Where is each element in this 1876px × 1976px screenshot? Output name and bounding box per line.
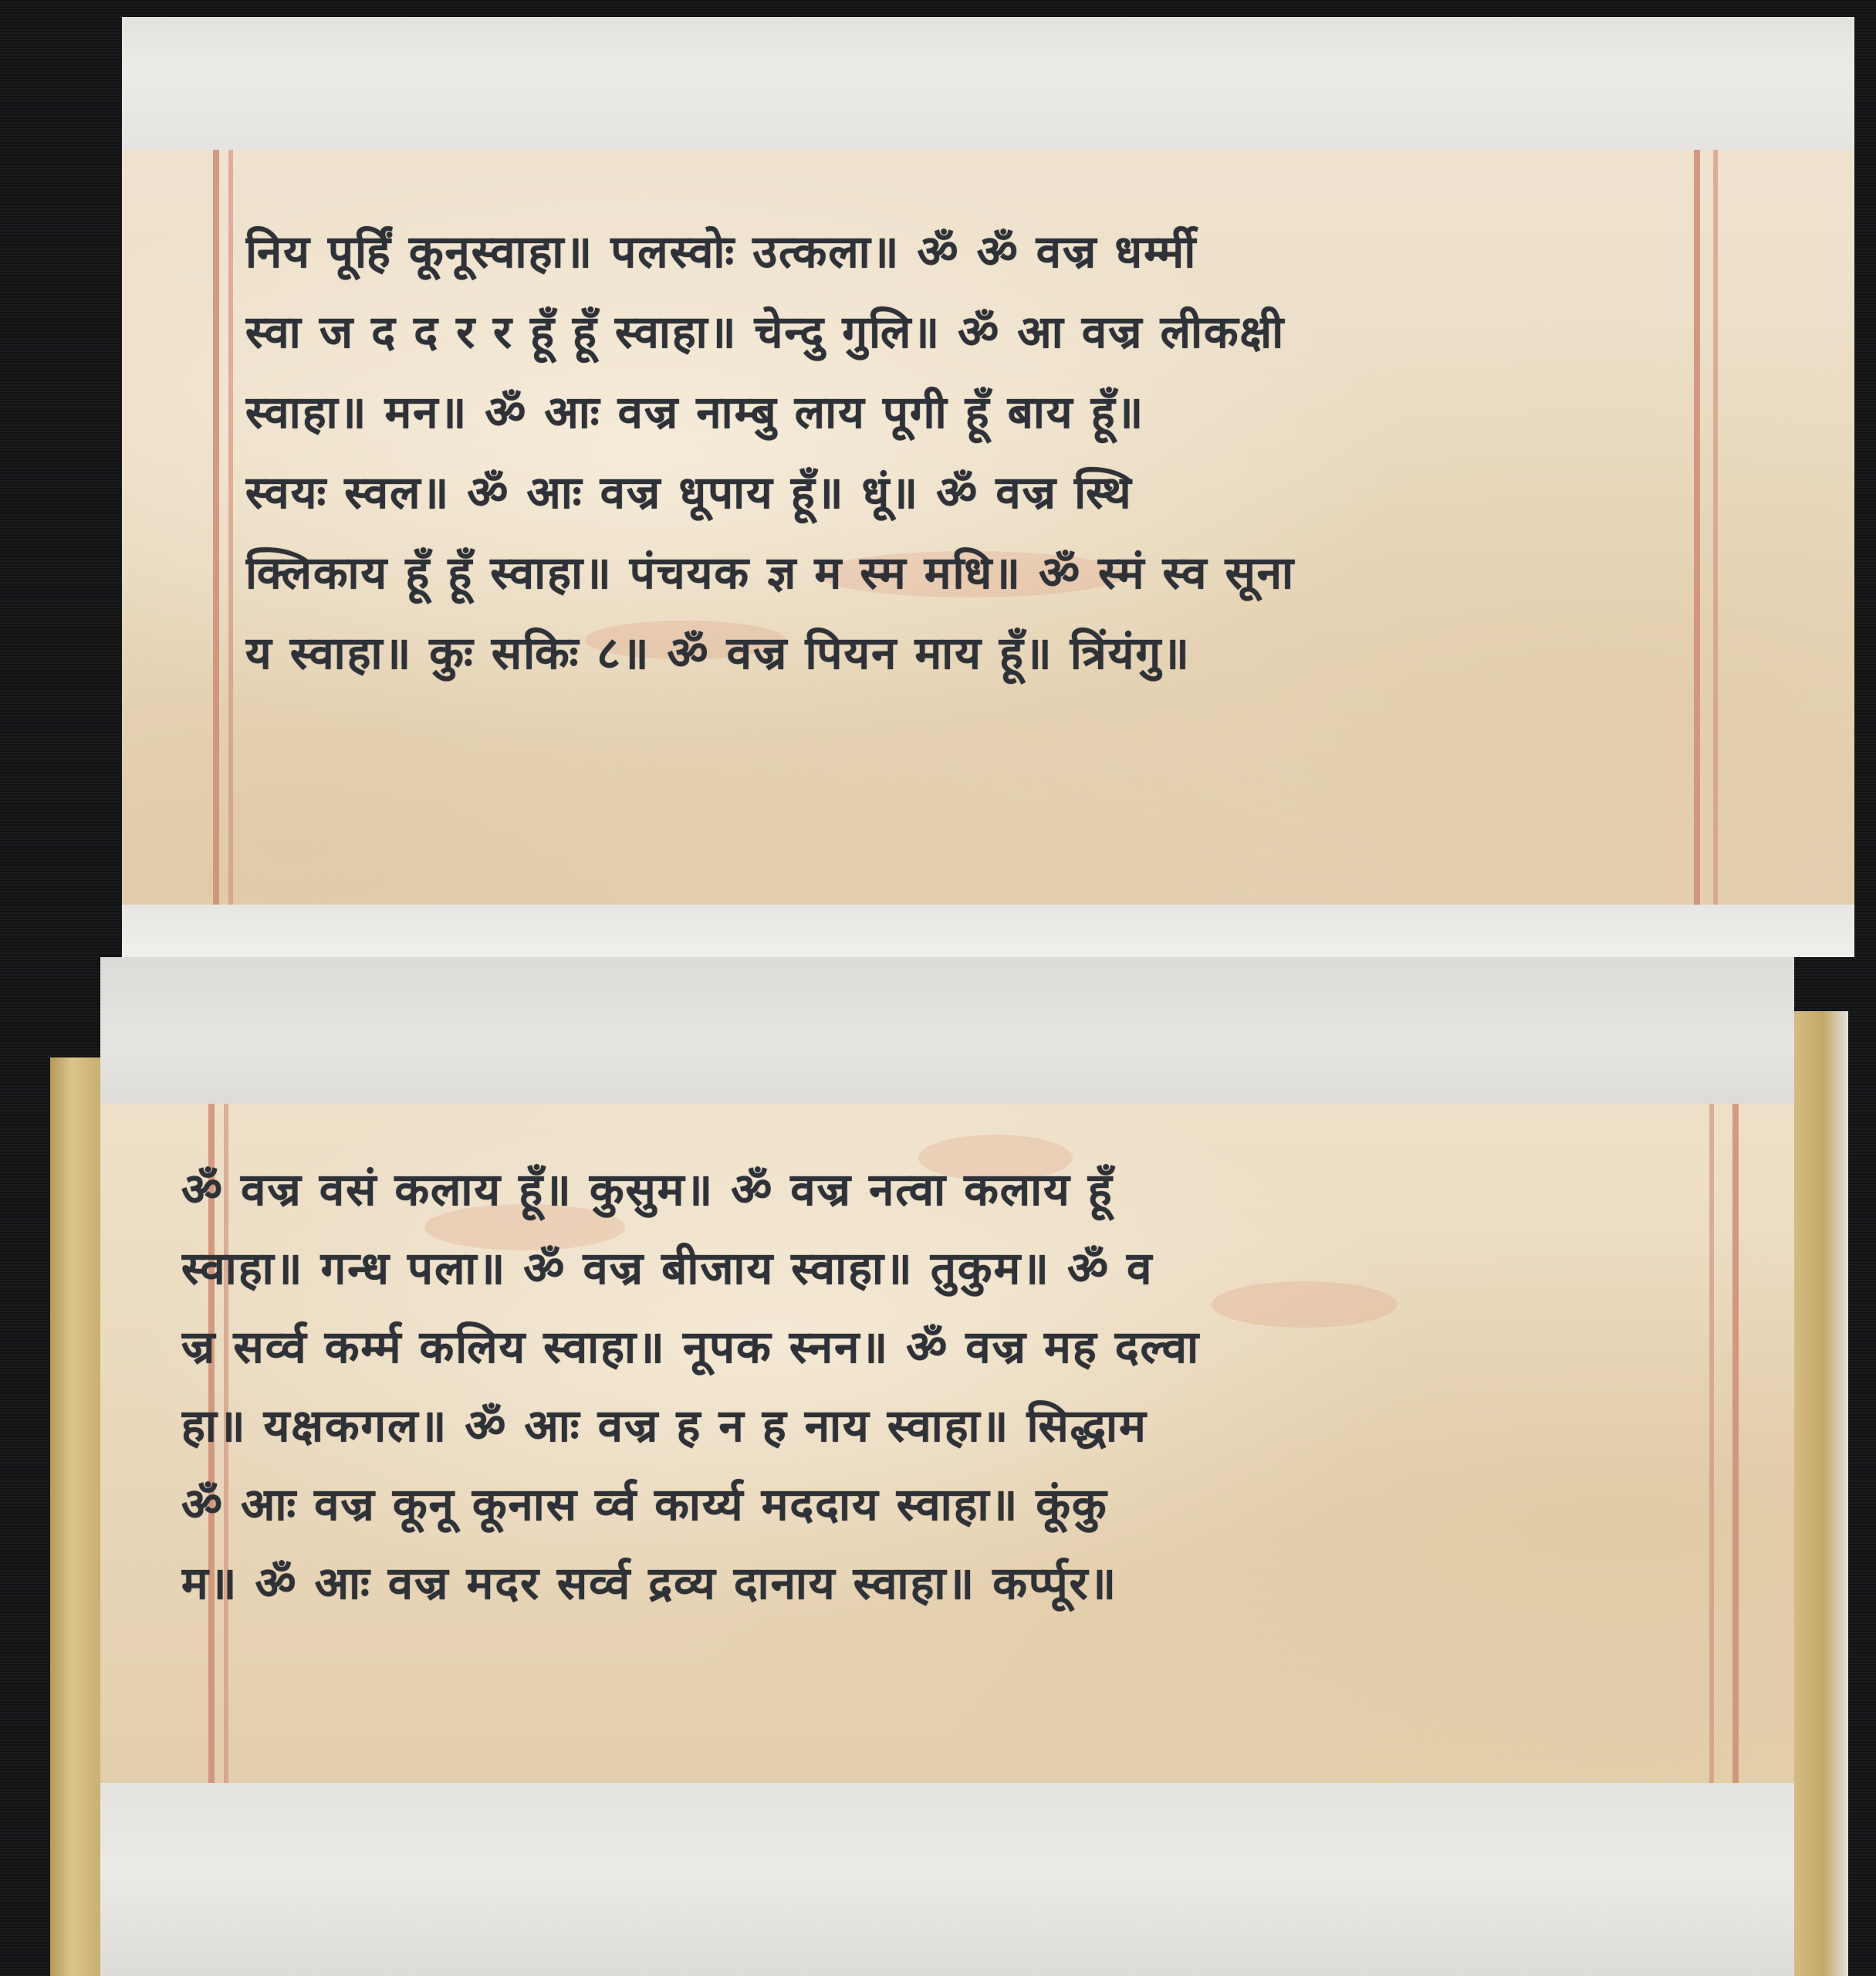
ruling-line-right-outer xyxy=(1713,150,1718,922)
ruling-line-left-inner xyxy=(228,150,233,922)
protective-tissue-strip-bottom xyxy=(100,1783,1794,1976)
ruling-line-right-inner xyxy=(1709,1104,1714,1783)
protective-tissue-strip-bottom xyxy=(122,905,1854,957)
text-line: ॐ आः वज्र कूनू कूनास र्व्व कार्य्य मददाय… xyxy=(181,1465,1648,1544)
manuscript-leaf: ॐ वज्र वसं कलाय हूँ॥ कुसुम॥ ॐ वज्र नत्वा… xyxy=(100,1104,1794,1783)
text-line: ज्र सर्व्व कर्म्म कलिय स्वाहा॥ नूपक स्नन… xyxy=(181,1308,1648,1386)
page-stack-edge-left xyxy=(50,1057,104,1976)
manuscript-text-block: ॐ वज्र वसं कलाय हूँ॥ कुसुम॥ ॐ वज्र नत्वा… xyxy=(181,1150,1648,1622)
text-line: स्वाहा॥ मन॥ ॐ आः वज्र नाम्बु लाय पूगी हू… xyxy=(245,372,1696,452)
text-line: म॥ ॐ आः वज्र मदर सर्व्व द्रव्य दानाय स्व… xyxy=(181,1544,1648,1622)
ruling-line-left-outer xyxy=(213,150,219,922)
manuscript-leaf: निय पूर्हिं कूनूस्वाहा॥ पलस्वोः उत्कला॥ … xyxy=(122,150,1854,922)
text-line: स्वा ज द द र र हूँ हूँ स्वाहा॥ चेन्दु गु… xyxy=(245,292,1696,372)
protective-tissue-strip-top xyxy=(100,957,1794,1104)
manuscript-folio-bottom: ॐ वज्र वसं कलाय हूँ॥ कुसुम॥ ॐ वज्र नत्वा… xyxy=(50,957,1848,1976)
text-line: ॐ वज्र वसं कलाय हूँ॥ कुसुम॥ ॐ वज्र नत्वा… xyxy=(181,1150,1648,1229)
text-line: निय पूर्हिं कूनूस्वाहा॥ पलस्वोः उत्कला॥ … xyxy=(245,211,1696,292)
text-line: स्वयः स्वल॥ ॐ आः वज्र धूपाय हूँ॥ धूं॥ ॐ … xyxy=(245,452,1696,533)
page-stack-edge-right xyxy=(1786,1011,1848,1976)
text-line: हा॥ यक्षकगल॥ ॐ आः वज्र ह न ह नाय स्वाहा॥… xyxy=(181,1386,1648,1465)
manuscript-text-block: निय पूर्हिं कूनूस्वाहा॥ पलस्वोः उत्कला॥ … xyxy=(245,211,1696,693)
text-line: स्वाहा॥ गन्ध पला॥ ॐ वज्र बीजाय स्वाहा॥ त… xyxy=(181,1229,1648,1308)
manuscript-folio-top: निय पूर्हिं कूनूस्वाहा॥ पलस्वोः उत्कला॥ … xyxy=(122,17,1854,957)
ruling-line-right-outer xyxy=(1732,1104,1739,1783)
text-line: य स्वाहा॥ कुः सकिः ८॥ ॐ वज्र पियन माय हू… xyxy=(245,613,1696,693)
protective-tissue-strip-top xyxy=(122,17,1854,150)
text-line: क्लिकाय हूँ हूँ स्वाहा॥ पंचयक ज्ञ म स्म … xyxy=(245,533,1696,613)
